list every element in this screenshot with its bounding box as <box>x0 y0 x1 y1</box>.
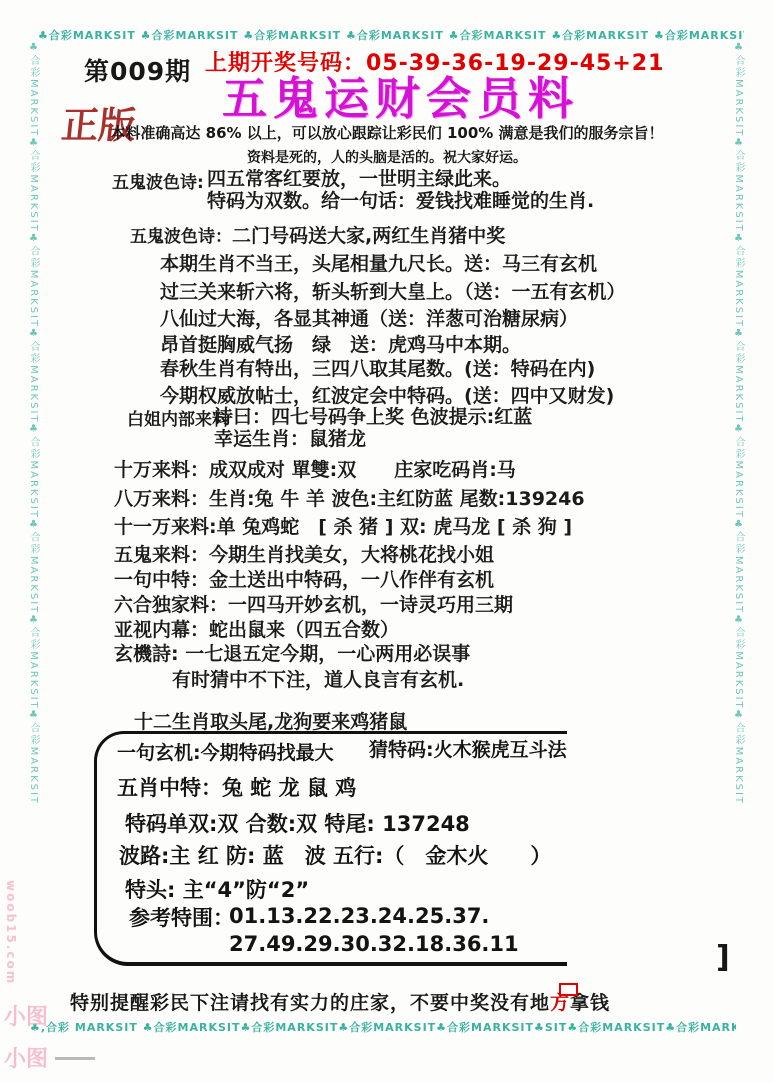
poem2-label: 五鬼波色诗： <box>130 227 232 247</box>
footer-warning: 特别提醒彩民下注请找有实力的庄家，不要中奖没有地方拿钱 <box>70 988 610 1015</box>
tip-line: 六合独家料：一四马开妙玄机，一诗灵巧用三期 <box>114 590 513 617</box>
poem2-line: 本期生肖不当王，头尾相量九尺长。送：马三有玄机 <box>160 249 597 276</box>
watermark-mark2: 小图 <box>4 1042 48 1073</box>
top-border-pattern: ♣合彩MARKSIT ♣合彩MARKSIT ♣合彩MARKSIT ♣合彩MARK… <box>38 27 744 43</box>
tip-line: 十万来料：成双成对 單雙:双 庄家吃码肖:马 <box>114 455 516 482</box>
left-border-pattern: ♣合彩MARKSIT♣合彩MARKSIT♣合彩MARKSIT♣合彩MARKSIT… <box>26 42 41 1017</box>
box-guess-special: 猜特码:火木猴虎互斗法 <box>369 735 567 762</box>
stray-bracket: ] <box>716 940 730 975</box>
box-reference-numbers-1: 01.13.22.23.24.25.37. <box>229 904 489 928</box>
poem1-label: 五鬼波色诗: <box>112 168 204 193</box>
gray-dash <box>55 1057 95 1060</box>
box-mystery-hint: 一句玄机:今期特码找最大 <box>117 738 334 765</box>
poem1-line2: 特码为双数。给一句话：爱钱找难睡觉的生肖. <box>207 186 594 213</box>
bottom-border-pattern: ♣,合彩 MARKSIT ♣合彩MARKSIT♣合彩MARKSIT♣合彩MARK… <box>30 1019 736 1035</box>
box-special-head: 特头: 主“4”防“2” <box>125 874 309 904</box>
poem2-line: 八仙过大海，各显其神通（送：洋葱可治糖尿病） <box>160 304 578 331</box>
issue-number: 第009期 <box>84 52 191 88</box>
footer-warning-pre: 特别提醒彩民下注请找有实力的庄家，不要中奖没有地 <box>70 992 550 1014</box>
zodiac-line: 十二生肖取头尾,龙狗要来鸡猪鼠 <box>134 707 407 734</box>
footer-red-char: 方 <box>550 992 570 1014</box>
tip-line: 有时猜中不下注，道人良言有玄机. <box>172 665 464 692</box>
page-title: 五鬼运财会员料 <box>222 62 579 127</box>
tip-line: 五鬼来料：今期生肖找美女，大将桃花找小姐 <box>114 540 494 567</box>
poem2-line: 昂首挺胸威气扬 绿 送：虎鸡马中本期。 <box>160 330 521 357</box>
box-reference-numbers-2: 27.49.29.30.32.18.36.11 <box>229 932 519 956</box>
accuracy-slogan: 本料准确高达 86% 以上，可以放心跟踪让彩民们 100% 满意是我们的服务宗旨… <box>40 122 734 143</box>
right-border-pattern: ♣合彩MARKSIT♣合彩MARKSIT♣合彩MARKSIT♣合彩MARKSIT… <box>731 42 746 1017</box>
watermark-mark1: 小图 <box>4 1000 48 1031</box>
tip-line: 玄機詩: 一七退五定今期，一心两用必误事 <box>114 639 470 666</box>
box-odd-even: 特码单双:双 合数:双 特尾: 137248 <box>125 808 470 838</box>
tip-line: 八万来料：生肖:兔 牛 羊 波色:主红防蓝 尾数:139246 <box>114 484 585 511</box>
baijie-line2: 幸运生肖：鼠猪龙 <box>214 424 366 451</box>
red-correction-box <box>559 983 578 996</box>
box-wave-path: 波路:主 红 防: 蓝 波 五行:（ 金木火 ） <box>119 840 551 870</box>
prediction-box: 一句玄机:今期特码找最大 猜特码:火木猴虎互斗法 五肖中特：兔 蛇 龙 鼠 鸡 … <box>94 731 567 966</box>
box-five-zodiac: 五肖中特：兔 蛇 龙 鼠 鸡 <box>117 772 356 802</box>
tip-line: 亚视内幕：蛇出鼠来（四五合数） <box>114 615 399 642</box>
lottery-tip-sheet: ♣合彩MARKSIT ♣合彩MARKSIT ♣合彩MARKSIT ♣合彩MARK… <box>0 0 774 1083</box>
poem2-intro-row: 五鬼波色诗：二门号码送大家,两红生肖猪中奖 <box>130 221 505 248</box>
box-reference-label: 参考特围： <box>129 902 234 932</box>
poem2-line: 春秋生肖有特出，三四八取其尾数。(送：特码在内) <box>160 354 595 381</box>
tip-line: 十一万来料:单 兔鸡蛇 [ 杀 猪 ] 双: 虎马龙 [ 杀 狗 ] <box>114 512 572 539</box>
tip-line: 一句中特：金土送出中特码，一八作伴有玄机 <box>114 565 494 592</box>
poem2-intro: 二门号码送大家,两红生肖猪中奖 <box>232 225 505 247</box>
poem2-line: 过三关来斩六将，斩头斩到大皇上。（送：一五有玄机） <box>160 277 626 304</box>
